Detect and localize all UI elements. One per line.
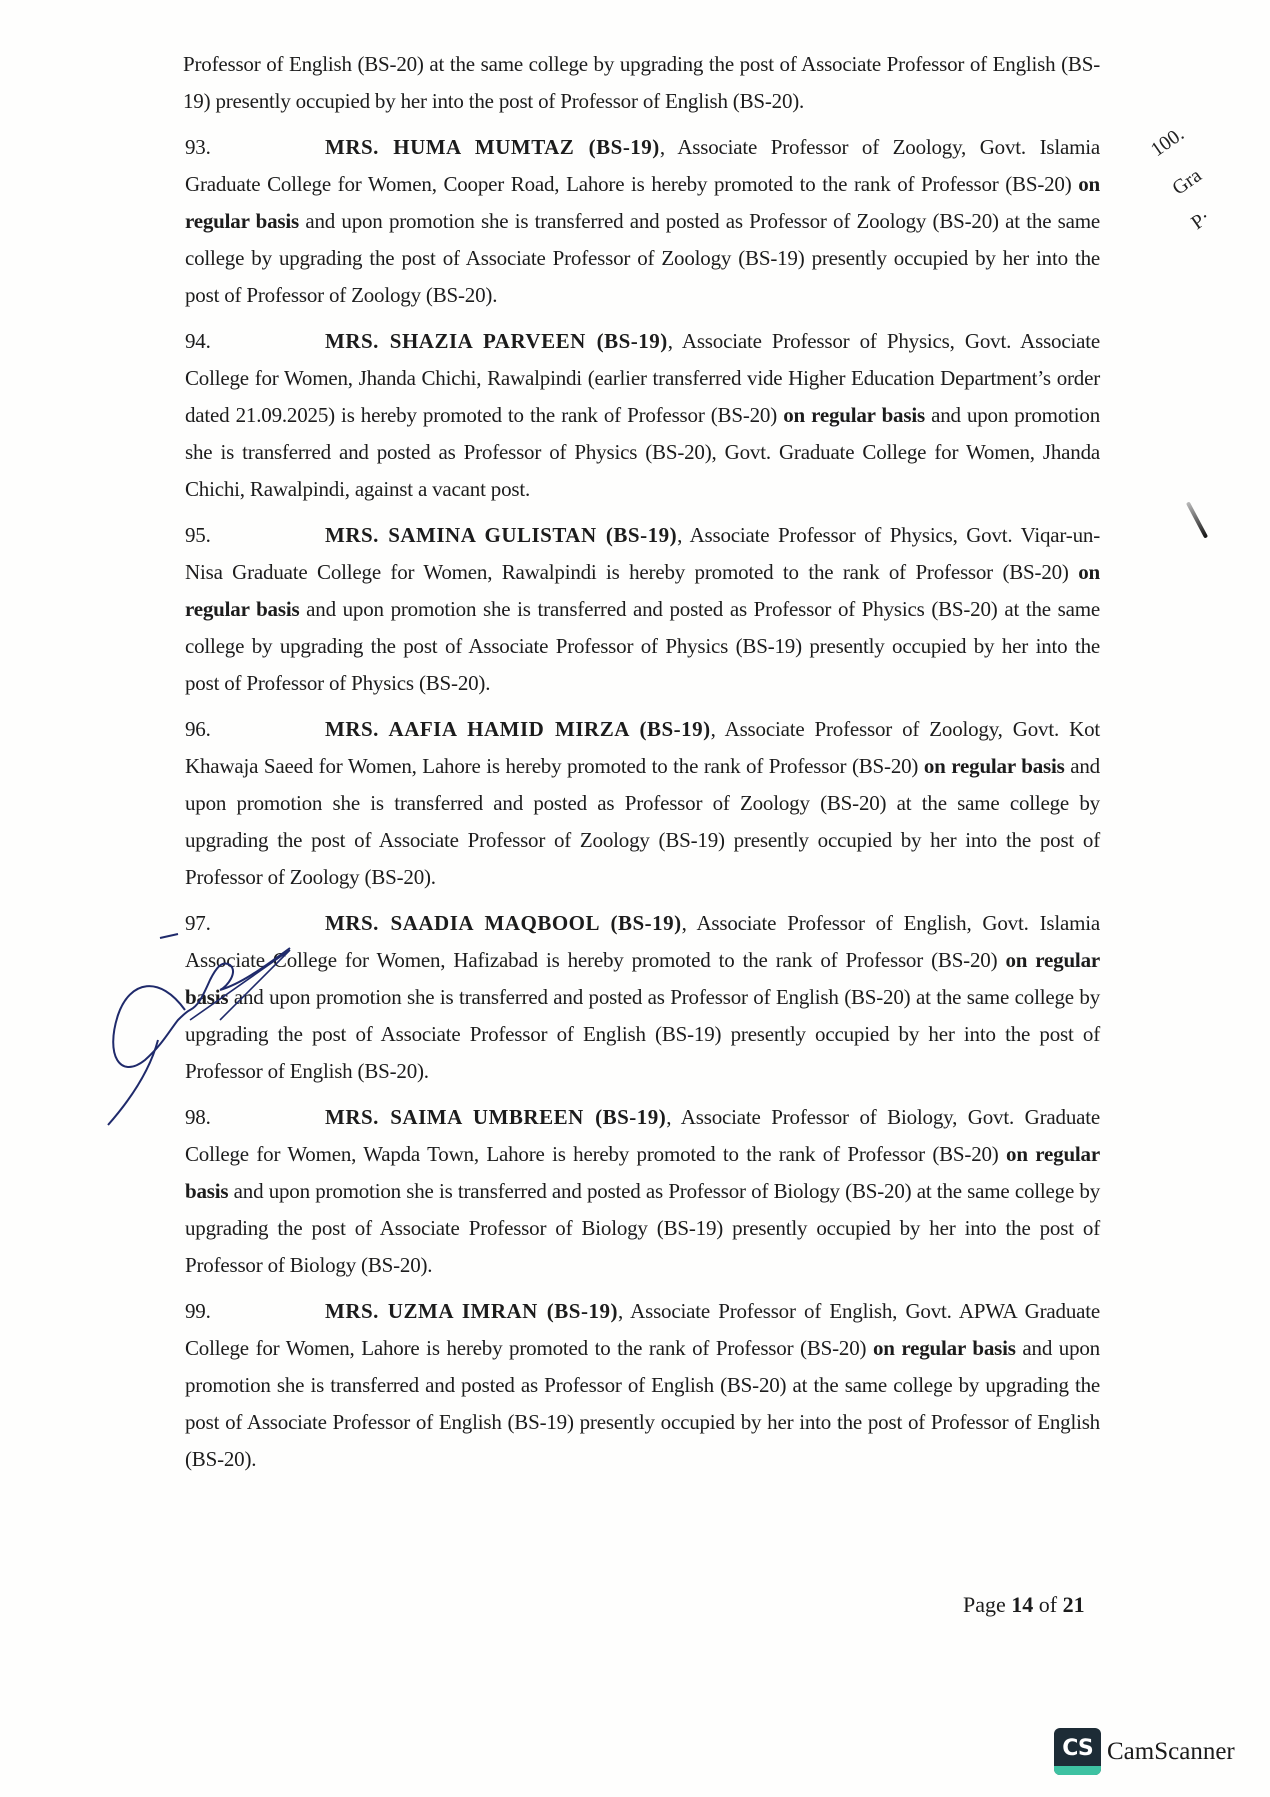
officer-name: MRS. SHAZIA PARVEEN (BS-19)	[325, 329, 668, 353]
entry-number: 98.	[185, 1099, 325, 1136]
margin-text-line: 100.	[1147, 124, 1187, 160]
promotion-entry: 96.MRS. AAFIA HAMID MIRZA (BS-19), Assoc…	[185, 711, 1100, 896]
entry-number: 94.	[185, 323, 325, 360]
camscanner-logo-icon: CS	[1054, 1728, 1101, 1775]
officer-name: MRS. UZMA IMRAN (BS-19)	[325, 1299, 618, 1323]
entry-number: 97.	[185, 905, 325, 942]
entry-basis: on regular basis	[924, 754, 1065, 778]
promotion-entry: 99.MRS. UZMA IMRAN (BS-19), Associate Pr…	[185, 1293, 1100, 1478]
continuation-paragraph: Professor of English (BS-20) at the same…	[183, 46, 1100, 120]
officer-name: MRS. AAFIA HAMID MIRZA (BS-19)	[325, 717, 711, 741]
camscanner-watermark: CS CamScanner	[1054, 1728, 1235, 1775]
entry-number: 95.	[185, 517, 325, 554]
officer-name: MRS. HUMA MUMTAZ (BS-19)	[325, 135, 660, 159]
promotion-entries-list: 93.MRS. HUMA MUMTAZ (BS-19), Associate P…	[185, 129, 1100, 1478]
entry-text-post: and upon promotion she is transferred an…	[185, 1179, 1100, 1277]
page-number: Page 14 of 21	[963, 1592, 1085, 1618]
entry-basis: on regular basis	[783, 403, 925, 427]
promotion-entry: 95.MRS. SAMINA GULISTAN (BS-19), Associa…	[185, 517, 1100, 702]
document-body: Professor of English (BS-20) at the same…	[185, 46, 1100, 1487]
entry-text-post: and upon promotion she is transferred an…	[185, 985, 1100, 1083]
scan-edge-mark	[1186, 501, 1208, 538]
entry-text-post: and upon promotion she is transferred an…	[185, 597, 1100, 695]
camscanner-brand-text: CamScanner	[1107, 1738, 1235, 1766]
entry-number: 93.	[185, 129, 325, 166]
scanned-page: Professor of English (BS-20) at the same…	[0, 0, 1270, 1797]
officer-name: MRS. SAMINA GULISTAN (BS-19)	[325, 523, 677, 547]
promotion-entry: 97.MRS. SAADIA MAQBOOL (BS-19), Associat…	[185, 905, 1100, 1090]
promotion-entry: 94.MRS. SHAZIA PARVEEN (BS-19), Associat…	[185, 323, 1100, 508]
promotion-entry: 93.MRS. HUMA MUMTAZ (BS-19), Associate P…	[185, 129, 1100, 314]
entry-text-post: and upon promotion she is transferred an…	[185, 209, 1100, 307]
officer-name: MRS. SAIMA UMBREEN (BS-19)	[325, 1105, 666, 1129]
margin-text-line: Gra	[1169, 165, 1205, 199]
entry-basis: on regular basis	[873, 1336, 1016, 1360]
promotion-entry: 98.MRS. SAIMA UMBREEN (BS-19), Associate…	[185, 1099, 1100, 1284]
margin-text-line: P·	[1188, 207, 1214, 234]
entry-number: 99.	[185, 1293, 325, 1330]
officer-name: MRS. SAADIA MAQBOOL (BS-19)	[325, 911, 682, 935]
entry-number: 96.	[185, 711, 325, 748]
